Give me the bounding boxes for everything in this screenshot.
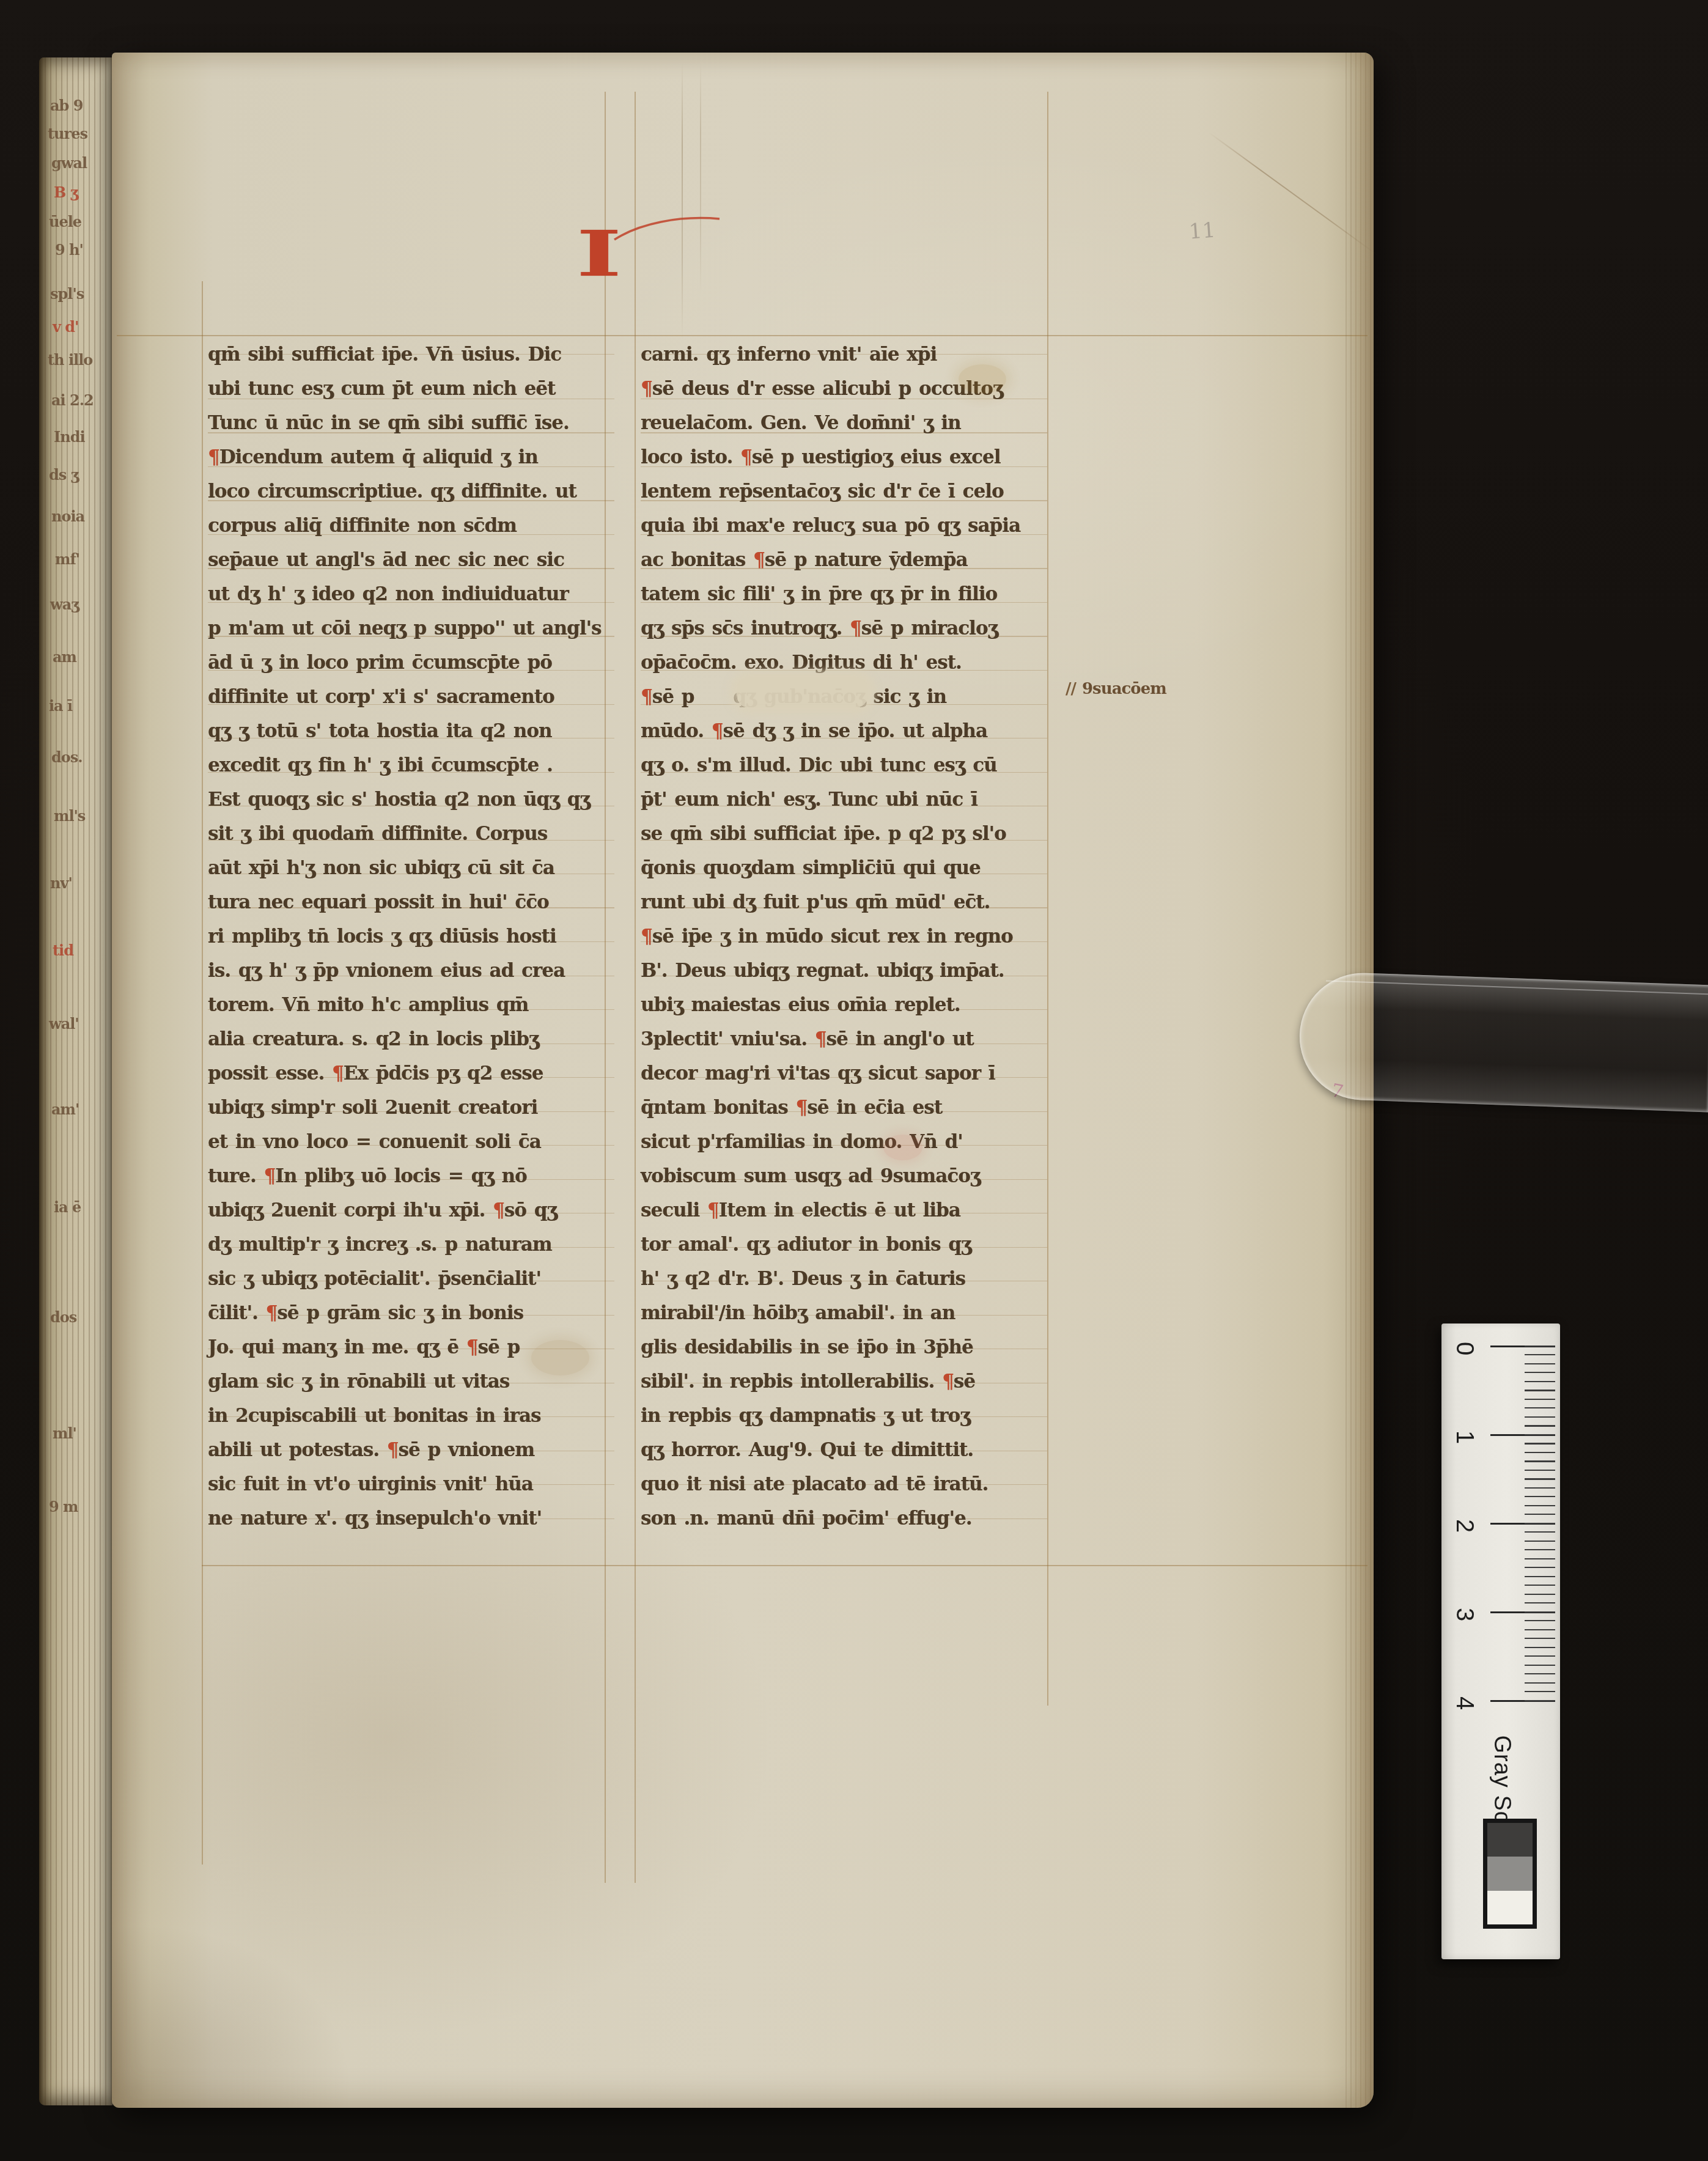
ruler-number: 4 [1450, 1689, 1478, 1717]
manuscript-text-line: ne nature x'. qʒ insepulch'o vnit' [208, 1501, 614, 1536]
manuscript-text-line: c̄ilit'. ¶sē p grām sic ʒ in bonis [208, 1296, 614, 1330]
manuscript-text-line: runt ubi dʒ fuit p'us qm̄ mūd' ec̄t. [641, 885, 1047, 919]
manuscript-text-line: ri mplibʒ tn̄ locis ʒ qʒ diūsis hosti [208, 919, 614, 954]
stub-text-fragment: gwal [51, 154, 87, 172]
stub-text-fragment: noia [51, 507, 84, 525]
ruling-line-left-margin [202, 281, 203, 1865]
manuscript-text-line: qʒ ʒ totū s' tota hostia ita q2 non [208, 714, 614, 748]
manuscript-text-line: ut dʒ h' ʒ ideo q2 non indiuiduatur [208, 577, 614, 611]
manuscript-text-line: sicut p'rfamilias in domo. Vn̄ d' [641, 1125, 1047, 1159]
stub-text-fragment: v d' [53, 318, 78, 336]
parchment-wrinkle [700, 62, 701, 295]
manuscript-text-line: mūdo. ¶sē dʒ ʒ in se ip̄o. ut alpha [641, 714, 1047, 748]
stub-text-fragment: am' [51, 1100, 79, 1118]
manuscript-text-line: tatem sic fili' ʒ in p̄re qʒ p̄r in fili… [641, 577, 1047, 611]
stub-text-fragment: B ʒ [54, 183, 78, 201]
stub-text-fragment: ia ē [54, 1198, 81, 1216]
stub-text-fragment: am [53, 648, 76, 666]
gray-scale-patches [1483, 1819, 1537, 1929]
paraph-mark: ¶ [740, 446, 752, 468]
manuscript-text-line: sep̄aue ut angl's ād nec sic nec sic [208, 543, 614, 577]
stub-text-fragment: dos. [51, 748, 83, 766]
stub-text-fragment: ml's [54, 807, 85, 825]
manuscript-text-line: loco circumscriptiue. qʒ diffinite. ut [208, 474, 614, 509]
manuscript-text-line: 3plectit' vniu'sa. ¶sē in angl'o ut [641, 1022, 1047, 1056]
stub-text-fragment: mf' [55, 550, 79, 568]
manuscript-text-line: in repbis qʒ dampnatis ʒ ut troʒ [641, 1399, 1047, 1433]
manuscript-text-line: sit ʒ ibi quodam̄ diffinite. Corpus [208, 817, 614, 851]
parchment-wrinkle [682, 62, 683, 339]
parchment-stain [883, 1135, 922, 1160]
ruler-number: 3 [1450, 1600, 1478, 1629]
paraph-mark: ¶ [493, 1199, 504, 1221]
gray-patch-medium [1487, 1857, 1533, 1890]
stub-text-fragment: Indi [54, 428, 85, 446]
manuscript-text-line: son .n. manū dn̄i poc̄im' effug'e. [641, 1501, 1047, 1536]
paraph-mark: ¶ [466, 1336, 478, 1358]
manuscript-text-line: reuelac̄om. Gen. Ve dom̄ni' ʒ in [641, 406, 1047, 440]
manuscript-text-line: torem. Vn̄ mito h'c amplius qm̄ [208, 988, 614, 1022]
paraph-mark: ¶ [641, 378, 652, 400]
manuscript-text-line: qʒ horror. Aug'9. Qui te dimittit. [641, 1433, 1047, 1467]
stub-text-fragment: wal' [49, 1015, 79, 1033]
paraph-mark: ¶ [753, 549, 765, 571]
paraph-mark: ¶ [796, 1097, 808, 1119]
manuscript-text-line: tor amal'. qʒ adiutor in bonis qʒ [641, 1228, 1047, 1262]
previous-page-edges: ab 9turesgwalB ʒūele9 h'spl'sv d'th illo… [39, 57, 112, 2105]
stub-text-fragment: 9 h' [55, 241, 83, 259]
ruling-line-right-margin [1047, 92, 1048, 1706]
manuscript-text-line: dʒ multip'r ʒ increʒ .s. p naturam [208, 1228, 614, 1262]
manuscript-text-line: tura nec equari possit in hui' c̄c̄o [208, 885, 614, 919]
manuscript-text-line: in 2cupiscabili ut bonitas in iras [208, 1399, 614, 1433]
manuscript-text-line: quo it nisi ate placato ad tē iratū. [641, 1467, 1047, 1501]
manuscript-text-line: qm̄ sibi sufficiat ip̄e. Vn̄ ūsius. Dic [208, 337, 614, 372]
manuscript-text-line: qʒ sp̄s sc̄s inutroqʒ. ¶sē p miracloʒ [641, 611, 1047, 646]
manuscript-text-line: lentem rep̄sentac̄oʒ sic d'r c̄e ī celo [641, 474, 1047, 509]
stub-text-fragment: ab 9 [50, 97, 83, 114]
gray-patch-white [1487, 1891, 1533, 1924]
gray-scale-ruler: 01234 Gray Scale [1441, 1323, 1560, 1959]
manuscript-text-line: Est quoqʒ sic s' hostia q2 non ūqʒ qʒ [208, 782, 614, 817]
manuscript-text-line: ubiqʒ simp'r soli 2uenit creatori [208, 1091, 614, 1125]
parchment-stain [531, 1340, 589, 1375]
stub-text-fragment: tures [48, 125, 87, 142]
stub-text-fragment: ia ī [49, 697, 72, 715]
manuscript-text-line: quia ibi max'e relucʒ sua pō qʒ sap̄ia [641, 509, 1047, 543]
paraph-mark: ¶ [208, 446, 219, 468]
page-holder-clamp [1297, 971, 1708, 1112]
paraph-mark: ¶ [815, 1028, 826, 1050]
manuscript-text-line: alia creatura. s. q2 in locis plibʒ [208, 1022, 614, 1056]
rubric-flourish [612, 210, 722, 242]
ruling-line-bottom [202, 1565, 1368, 1566]
paraph-mark: ¶ [850, 617, 861, 639]
stub-text-fragment: ds ʒ [49, 466, 78, 484]
manuscript-text-line: se qm̄ sibi sufficiat ip̄e. p q2 pʒ sl'o [641, 817, 1047, 851]
paraph-mark: ¶ [266, 1302, 278, 1324]
insertion-mark: // [1066, 680, 1076, 698]
manuscript-text-line: op̄ac̄oc̄m. exo. Digitus di h' est. [641, 646, 1047, 680]
manuscript-text-line: ture. ¶In plibʒ uō locis = qʒ nō [208, 1159, 614, 1193]
erasure-smudge [737, 677, 868, 708]
manuscript-text-line: q̄onis quoʒdam simplic̄iū qui que [641, 851, 1047, 885]
manuscript-text-line: ubi tunc esʒ cum p̄t eum nich eēt [208, 372, 614, 406]
stub-text-fragment: ml' [53, 1424, 76, 1442]
ruler-number: 2 [1450, 1512, 1478, 1540]
manuscript-text-line: h' ʒ q2 d'r. B'. Deus ʒ in c̄aturis [641, 1262, 1047, 1296]
stub-text-fragment: tid [53, 941, 73, 959]
photo-background: ab 9turesgwalB ʒūele9 h'spl'sv d'th illo… [0, 0, 1708, 2161]
manuscript-text-line: ac bonitas ¶sē p nature ȳdemp̄a [641, 543, 1047, 577]
manuscript-page: I qm̄ sibi sufficiat ip̄e. Vn̄ ūsius. Di… [112, 53, 1374, 2108]
manuscript-text-line: sic ʒ ubiqʒ potēcialit'. p̄senc̄ialit' [208, 1262, 614, 1296]
stub-text-fragment: waʒ [50, 595, 79, 613]
paraph-mark: ¶ [942, 1371, 954, 1393]
stub-text-fragment: 9 m [49, 1498, 78, 1515]
manuscript-text-line: ubiqʒ 2uenit corpi ih'u xp̄i. ¶sō qʒ [208, 1193, 614, 1228]
manuscript-text-line: seculi ¶Item in electis ē ut liba [641, 1193, 1047, 1228]
manuscript-text-line: aūt xp̄i h'ʒ non sic ubiqʒ cū sit c̄a [208, 851, 614, 885]
paraph-mark: ¶ [641, 686, 652, 708]
text-column-right: carni. qʒ inferno vnit' aīe xp̄i¶sē deus… [641, 337, 1047, 1536]
manuscript-text-line: ¶sē ip̄e ʒ in mūdo sicut rex in regno [641, 919, 1047, 954]
paraph-mark: ¶ [707, 1199, 719, 1221]
manuscript-text-line: sibil'. in repbis intollerabilis. ¶sē [641, 1364, 1047, 1399]
stub-text-fragment: ūele [49, 213, 81, 230]
paraph-mark: ¶ [712, 720, 723, 742]
manuscript-text-line: decor mag'ri vi'tas qʒ sicut sapor ī [641, 1056, 1047, 1091]
paraph-mark: ¶ [264, 1165, 276, 1187]
manuscript-text-line: et in vno loco = conuenit soli c̄a [208, 1125, 614, 1159]
paraph-mark: ¶ [387, 1439, 399, 1461]
ruling-line-intercolumn-right [635, 92, 636, 1883]
manuscript-text-line: is. qʒ h' ʒ p̄p vnionem eius ad crea [208, 954, 614, 988]
manuscript-text-line: vobiscum sum usqʒ ad 9sumac̄oʒ [641, 1159, 1047, 1193]
manuscript-text-line: ād ū ʒ in loco prim c̄cumscp̄te pō [208, 646, 614, 680]
manuscript-text-line: q̄ntam bonitas ¶sē in ec̄ia est [641, 1091, 1047, 1125]
manuscript-text-line: excedit qʒ fin h' ʒ ibi c̄cumscp̄te . [208, 748, 614, 782]
ruler-number: 0 [1450, 1335, 1478, 1363]
stub-text-fragment: dos [50, 1308, 76, 1326]
stub-text-fragment: spl's [50, 285, 84, 303]
paraph-mark: ¶ [332, 1062, 344, 1084]
stub-text-fragment: nv' [50, 874, 72, 892]
gray-scale-label: Gray Scale [1489, 1736, 1515, 1809]
manuscript-text-line: B'. Deus ubiqʒ regnat. ubiqʒ imp̄at. [641, 954, 1047, 988]
manuscript-text-line: qʒ o. s'm illud. Dic ubi tunc esʒ cū [641, 748, 1047, 782]
manuscript-text-line: glis desidabilis in se ip̄o in 3p̄hē [641, 1330, 1047, 1364]
parchment-stain [959, 364, 1006, 394]
manuscript-text-line: abili ut potestas. ¶sē p vnionem [208, 1433, 614, 1467]
folio-number: 11 [1188, 218, 1217, 245]
manuscript-text-line: loco isto. ¶sē p uestigioʒ eius excel [641, 440, 1047, 474]
ruling-line-top [117, 335, 1368, 336]
manuscript-text-line: ubiʒ maiestas eius om̄ia replet. [641, 988, 1047, 1022]
stub-text-fragment: ai 2.2 [51, 391, 94, 409]
paraph-mark: ¶ [641, 926, 652, 948]
manuscript-text-line: possit esse. ¶Ex p̄dc̄is pʒ q2 esse [208, 1056, 614, 1091]
marginal-note: //9suacōem [1066, 680, 1166, 698]
manuscript-text-line: diffinite ut corp' x'i s' sacramento [208, 680, 614, 714]
manuscript-text-line: sic fuit in vt'o uirginis vnit' hūa [208, 1467, 614, 1501]
ruler-number: 1 [1450, 1423, 1478, 1451]
manuscript-text-line: ¶Dicendum autem q̄ aliquid ʒ in [208, 440, 614, 474]
manuscript-text-line: Tunc ū nūc in se qm̄ sibi suffic̄ īse. [208, 406, 614, 440]
manuscript-text-line: corpus aliq̄ diffinite non sc̄dm [208, 509, 614, 543]
marginal-note-text: 9suacōem [1082, 680, 1166, 698]
gray-patch-dark [1487, 1823, 1533, 1857]
manuscript-text-line: mirabil'/in hōibʒ amabil'. in an [641, 1296, 1047, 1330]
manuscript-text-line: p̄t' eum nich' esʒ. Tunc ubi nūc ī [641, 782, 1047, 817]
stub-text-fragment: th illo [48, 351, 92, 369]
manuscript-text-line: p m'am ut cōi neqʒ p suppo'' ut angl's [208, 611, 614, 646]
